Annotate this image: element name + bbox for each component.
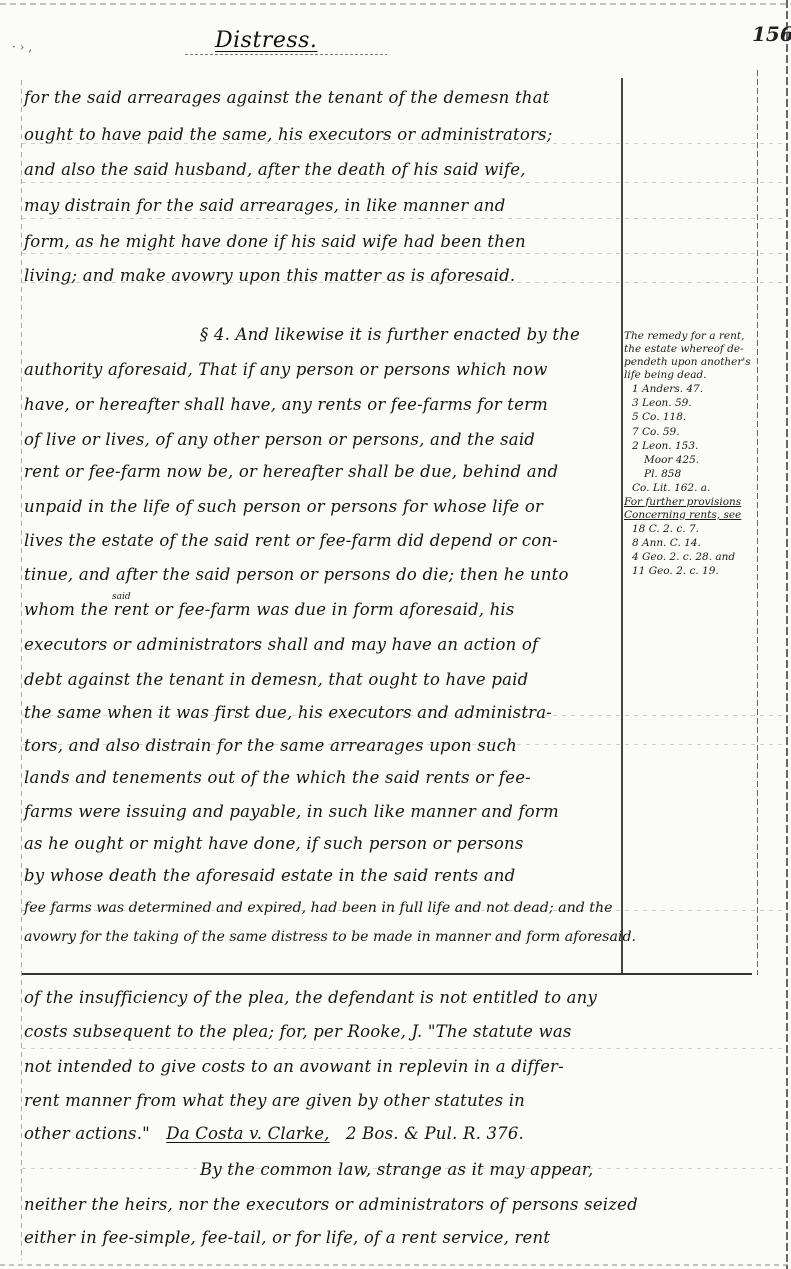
text-line: of the insufficiency of the plea, the de… bbox=[24, 988, 597, 1007]
margin-heading-line: pendeth upon another's bbox=[624, 356, 756, 369]
text-line: as he ought or might have done, if such … bbox=[24, 834, 524, 853]
ruled-line bbox=[22, 253, 787, 254]
text-line: for the said arrearages against the tena… bbox=[24, 88, 549, 107]
margin-citation: 2 Leon. 153. bbox=[624, 439, 756, 453]
manuscript-page: · › , Distress. 156 for the said arreara… bbox=[0, 0, 791, 1269]
margin-citation: 7 Co. 59. bbox=[624, 425, 756, 439]
case-name: Da Costa v. Clarke, bbox=[166, 1124, 329, 1143]
margin-citation: 5 Co. 118. bbox=[624, 410, 756, 424]
text-line: lives the estate of the said rent or fee… bbox=[24, 531, 558, 550]
case-reference: 2 Bos. & Pul. R. 376. bbox=[346, 1124, 524, 1143]
text-line: rent or fee-farm now be, or hereafter sh… bbox=[24, 462, 558, 481]
margin-statute: 8 Ann. C. 14. bbox=[624, 536, 756, 550]
ruled-line bbox=[22, 218, 787, 219]
margin-column-rule bbox=[621, 78, 623, 973]
text-line: tinue, and after the said person or pers… bbox=[24, 565, 569, 584]
margin-heading-line: The remedy for a rent, bbox=[624, 330, 756, 343]
outer-margin-rule bbox=[757, 70, 758, 975]
text-line: debt against the tenant in demesn, that … bbox=[24, 670, 528, 689]
text-line: executors or administrators shall and ma… bbox=[24, 635, 538, 654]
scan-top-edge bbox=[0, 3, 791, 5]
text-line: and also the said husband, after the dea… bbox=[24, 160, 526, 179]
page-right-edge bbox=[786, 0, 788, 1269]
text-line: not intended to give costs to an avowant… bbox=[24, 1057, 564, 1076]
text-line: by whose death the aforesaid estate in t… bbox=[24, 866, 515, 885]
ruled-line bbox=[22, 1048, 787, 1049]
text-line: either in fee-simple, fee-tail, or for l… bbox=[24, 1228, 550, 1247]
text-line: authority aforesaid, That if any person … bbox=[24, 360, 548, 379]
text-line: the same when it was first due, his exec… bbox=[24, 703, 552, 722]
left-margin-rule bbox=[21, 80, 22, 1260]
margin-citation: 1 Anders. 47. bbox=[624, 382, 756, 396]
section-divider-rule bbox=[22, 973, 752, 975]
text-line: may distrain for the said arrearages, in… bbox=[24, 196, 505, 215]
text-line: of live or lives, of any other person or… bbox=[24, 430, 535, 449]
text-line: avowry for the taking of the same distre… bbox=[24, 929, 636, 945]
text-line: tors, and also distrain for the same arr… bbox=[24, 736, 517, 755]
margin-further-line: Concerning rents, see bbox=[624, 509, 756, 522]
margin-heading-line: the estate whereof de- bbox=[624, 343, 756, 356]
page-number: 156 bbox=[752, 22, 791, 46]
citation-prefix: other actions." bbox=[24, 1124, 150, 1143]
margin-citation: Moor 425. bbox=[624, 453, 756, 467]
margin-citation: Pl. 858 bbox=[624, 467, 756, 481]
text-line: have, or hereafter shall have, any rents… bbox=[24, 395, 548, 414]
text-line: ought to have paid the same, his executo… bbox=[24, 125, 552, 144]
corner-marks: · › , bbox=[12, 40, 32, 54]
margin-statute: 4 Geo. 2. c. 28. and bbox=[624, 550, 756, 564]
text-line: neither the heirs, nor the executors or … bbox=[24, 1195, 638, 1214]
section-heading-line: § 4. And likewise it is further enacted … bbox=[200, 325, 580, 344]
text-line: lands and tenements out of the which the… bbox=[24, 768, 531, 787]
margin-further-line: For further provisions bbox=[624, 496, 756, 509]
ruled-line bbox=[22, 182, 787, 183]
text-line: fee farms was determined and expired, ha… bbox=[24, 900, 613, 916]
margin-statute: 18 C. 2. c. 7. bbox=[624, 522, 756, 536]
page-title: Distress. bbox=[215, 28, 317, 53]
text-line: living; and make avowry upon this matter… bbox=[24, 266, 515, 285]
text-line: rent manner from what they are given by … bbox=[24, 1091, 525, 1110]
margin-citation: 3 Leon. 59. bbox=[624, 396, 756, 410]
paragraph-opening-line: By the common law, strange as it may app… bbox=[200, 1160, 593, 1179]
text-line: costs subsequent to the plea; for, per R… bbox=[24, 1022, 572, 1041]
margin-citation: Co. Lit. 162. a. bbox=[624, 481, 756, 495]
text-line: unpaid in the life of such person or per… bbox=[24, 497, 543, 516]
scan-bottom-edge bbox=[0, 1264, 791, 1266]
margin-statute: 11 Geo. 2. c. 19. bbox=[624, 564, 756, 578]
text-line: form, as he might have done if his said … bbox=[24, 232, 526, 251]
margin-note: The remedy for a rent, the estate whereo… bbox=[624, 330, 756, 578]
citation-line: other actions." Da Costa v. Clarke, 2 Bo… bbox=[24, 1124, 524, 1143]
text-line: whom the rent or fee-farm was due in for… bbox=[24, 600, 515, 619]
text-line: farms were issuing and payable, in such … bbox=[24, 802, 559, 821]
margin-heading-line: life being dead. bbox=[624, 369, 756, 382]
